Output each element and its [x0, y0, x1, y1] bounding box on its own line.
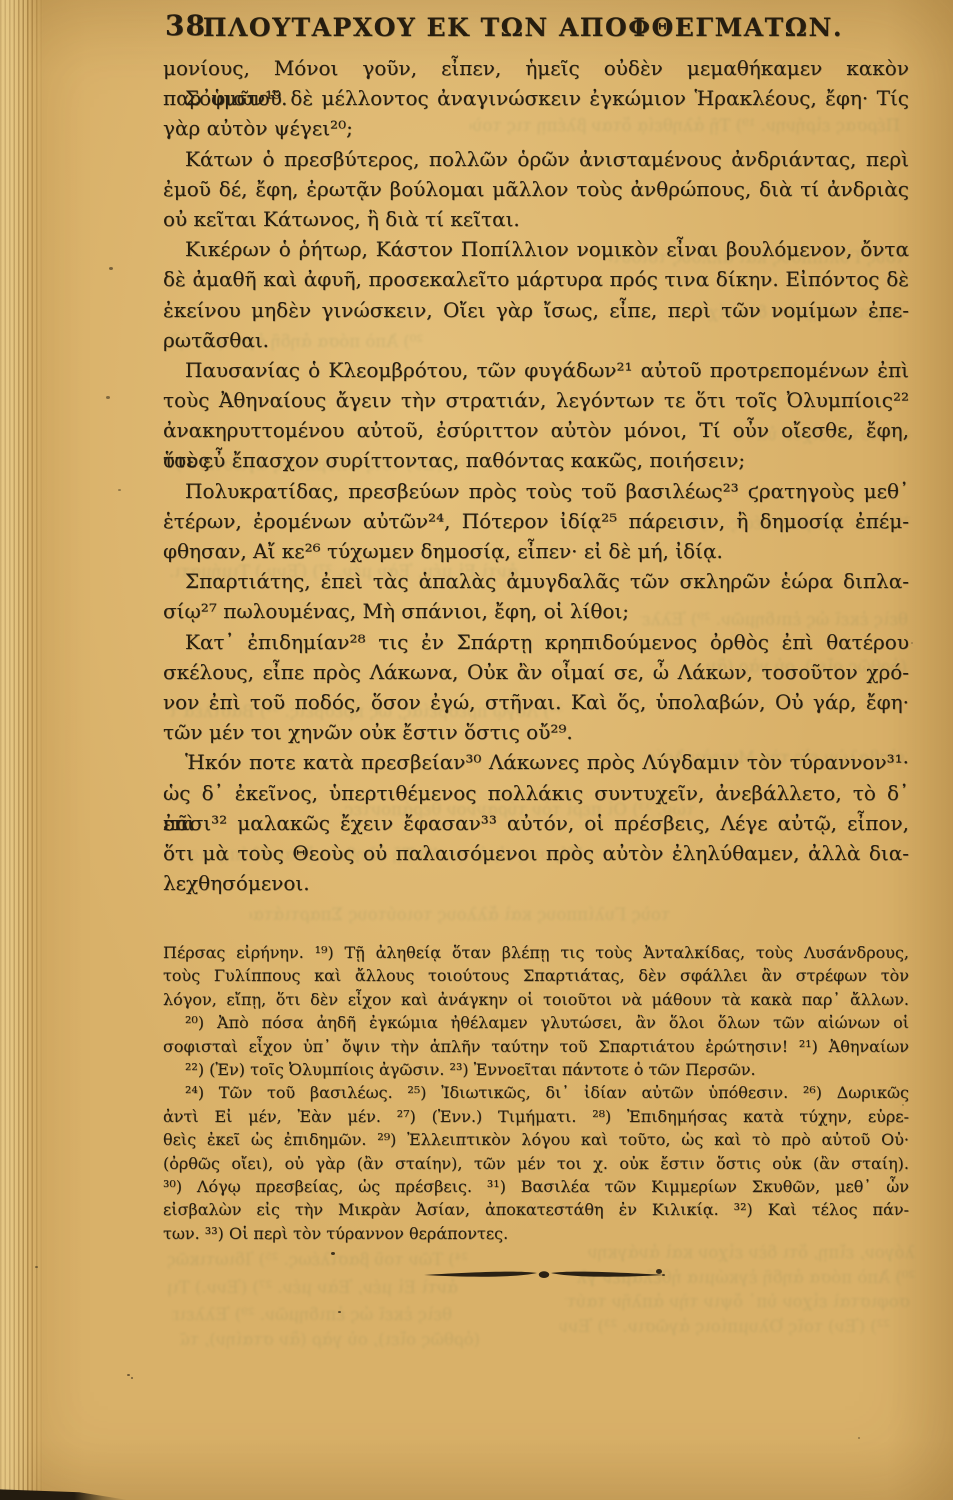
bleedthrough-text: σοφισταὶ εἶχον ὑπ᾽ ὄψιν τὴν ἁπλῆν ταύτην… [565, 1292, 910, 1311]
body-text-line: φθησαν, Αἴ κε²⁶ τύχωμεν δημοσίᾳ, εἶπεν· … [163, 536, 909, 566]
body-text-line: ὅτι μὰ τοὺς Θεοὺς οὐ παλαισόμενοι πρὸς α… [163, 838, 909, 868]
footnote-line: ²⁰) Ἀπὸ πόσα ἀηδῆ ἐγκώμια ἠθέλαμεν γλυτώ… [163, 1011, 909, 1034]
body-text-line: σκέλους, εἶπε πρὸς Λάκωνα, Οὐκ ἂν οἶμαί … [163, 657, 909, 687]
body-text-line: ἐκείνου μηδὲν γινώσκειν, Οἴει γὰρ ἴσως, … [163, 295, 909, 325]
body-text-line: τοὺς Ἀθηναίους ἄγειν τὴν στρατιάν, λεγόν… [163, 385, 909, 415]
ink-speck [902, 1104, 904, 1106]
bleedthrough-text: τοὺς Γυλίππους καὶ ἄλλους τοιούτους Σπαρ… [250, 905, 670, 924]
ink-speck [662, 1274, 665, 1276]
ink-speck [106, 396, 110, 399]
ink-speck [127, 1374, 130, 1376]
body-text-line: Σοφιστοῦ δὲ μέλλοντος ἀναγινώσκειν ἐγκώμ… [163, 83, 909, 113]
body-text-line: ἑτέρων, ἐρομένων αὐτῶν²⁴, Πότερον ἰδίᾳ²⁵… [163, 506, 909, 536]
book-binding-edge [0, 0, 44, 1500]
ink-speck [131, 1377, 133, 1379]
body-text-line: Κάτων ὁ πρεσβύτερος, πολλῶν ὁρῶν ἀνισταμ… [163, 144, 909, 174]
ink-speck [656, 1269, 662, 1274]
body-text-line: μονίους, Μόνοι γοῦν, εἶπεν, ἡμεῖς οὐδὲν … [163, 53, 909, 83]
body-text-line: Παυσανίας ὁ Κλεομβρότου, τῶν φυγάδων²¹ α… [163, 355, 909, 385]
body-text-line: ὡς δ᾽ ἐκεῖνος, ὑπερτιθέμενος πολλάκις συ… [163, 778, 909, 808]
bleedthrough-text: λόγον, εἴπῃ, ὅτι δὲν εἶχον καὶ ἀνάγκην ο… [585, 1243, 915, 1262]
footnote-line: ³⁰) Λόγῳ πρεσβείας, ὡς πρέσβεις. ³¹) Βασ… [163, 1175, 909, 1198]
ink-speck [109, 267, 113, 270]
footnote-line: ἀντὶ Εἰ μέν, Ἐὰν μέν. ²⁷) (Ἐνν.) Τιμήματ… [163, 1105, 909, 1128]
bleedthrough-text: θεὶς ἐκεῖ ὡς ἐπιδημῶν. ²⁹) Ἐλλειπτικὸν λ… [172, 1305, 452, 1324]
ink-speck [35, 1266, 38, 1268]
body-text-line: Σπαρτιάτης, ἐπεὶ τὰς ἁπαλὰς ἀμυγδαλᾶς τῶ… [163, 566, 909, 596]
main-text-block: μονίους, Μόνοι γοῦν, εἶπεν, ἡμεῖς οὐδὲν … [163, 53, 909, 898]
footnote-line: λόγον, εἴπῃ, ὅτι δὲν εἶχον καὶ ἀνάγκην ο… [163, 988, 909, 1011]
bleedthrough-text: ²⁴) Τῶν τοῦ βασιλέως. ²⁵) Ἰδιωτικῶς, δι᾽… [168, 1250, 468, 1269]
body-text-line: ὅτε εὖ ἔπασχον συρίττοντας, παθόντας κακ… [163, 445, 909, 475]
footnote-line: (ὀρθῶς οἴει), οὐ γὰρ (ἂν σταίην), τῶν μέ… [163, 1152, 909, 1175]
body-text-line: οὐ κεῖται Κάτωνος, ἢ διὰ τί κεῖται. [163, 204, 909, 234]
body-text-line: δὲ ἀμαθῆ καὶ ἀφυῆ, προσεκαλεῖτο μάρτυρα … [163, 264, 909, 294]
body-text-line: Ἡκόν ποτε κατὰ πρεσβείαν³⁰ Λάκωνες πρὸς … [163, 747, 909, 777]
body-text-line: λεχθησόμενοι. [163, 868, 909, 898]
running-header: ΠΛΟΥΤΑΡΧΟΥ ΕΚ ΤΩΝ ΑΠΟΦΘΕΓΜΑΤΩΝ. [150, 13, 896, 42]
body-text-line: πᾶσι³² μαλακῶς ἔχειν ἔφασαν³³ αὐτόν, οἱ … [163, 808, 909, 838]
ink-speck [338, 1311, 341, 1313]
ink-speck [331, 1252, 335, 1255]
body-text-line: νον ἐπὶ τοῦ ποδός, ὅσον ἐγώ, στῆναι. Καὶ… [163, 687, 909, 717]
body-text-line: ἀνακηρυττομένου αὐτοῦ, ἐσύριττον αὐτὸν μ… [163, 415, 909, 445]
bleedthrough-text: ²²) (Ἐν) τοῖς Ὀλυμπίοις ἀγῶσιν. ²³) Ἐννο… [560, 1317, 890, 1336]
footnote-line: θεὶς ἐκεῖ ὡς ἐπιδημῶν. ²⁹) Ἐλλειπτικὸν λ… [163, 1128, 909, 1151]
footnote-line: ²⁴) Τῶν τοῦ βασιλέως. ²⁵) Ἰδιωτικῶς, δι᾽… [163, 1081, 909, 1104]
ink-speck [858, 1437, 860, 1439]
footnote-line: σοφισταὶ εἶχον ὑπ᾽ ὄψιν τὴν ἁπλῆν ταύτην… [163, 1035, 909, 1058]
bleedthrough-text: (ὀρθῶς οἴει), οὐ γὰρ (ἂν σταίην), τῶν μέ… [180, 1330, 480, 1349]
body-text-line: ἐμοῦ δέ, ἔφη, ἐρωτᾷν βούλομαι μᾶλλον τοὺ… [163, 174, 909, 204]
body-text-line: τῶν μέν τοι χηνῶν οὐκ ἔστιν ὅστις οὔ²⁹. [163, 717, 909, 747]
ink-speck [845, 306, 847, 308]
body-text-line: γὰρ αὐτὸν ψέγει²⁰; [163, 113, 909, 143]
body-text-line: Κικέρων ὁ ῥήτωρ, Κάστον Ποπίλλιον νομικὸ… [163, 234, 909, 264]
footnote-line: τοὺς Γυλίππους καὶ ἄλλους τοιούτους Σπαρ… [163, 964, 909, 987]
body-text-line: Κατ᾽ ἐπιδημίαν²⁸ τις ἐν Σπάρτῃ κρηπιδούμ… [163, 627, 909, 657]
footnote-line: ²²) (Ἐν) τοῖς Ὀλυμπίοις ἀγῶσιν. ²³) Ἐννο… [163, 1058, 909, 1081]
ink-speck [911, 642, 913, 644]
footnote-line: Πέρσας εἰρήνην. ¹⁹) Τῇ ἀληθείᾳ ὅταν βλέπ… [163, 941, 909, 964]
ink-speck [118, 489, 121, 491]
scanned-book-page: Πέρσας εἰρήνην. ¹⁹) Τῇ ἀληθείᾳ ὅταν βλέπ… [0, 0, 953, 1500]
body-text-line: σίῳ²⁷ πωλουμένας, Μὴ σπάνιοι, ἔφη, οἱ λί… [163, 596, 909, 626]
body-text-line: ρωτᾶσθαι. [163, 325, 909, 355]
footnote-line: των. ³³) Οἱ περὶ τὸν τύραννον θεράποντες… [163, 1222, 909, 1245]
bleedthrough-text: ἀντὶ Εἰ μέν, Ἐὰν μέν. ²⁷) (Ἐνν.) Τιμήματ… [168, 1278, 458, 1297]
body-text-line: Πολυκρατίδας, πρεσβεύων πρὸς τοὺς τοῦ βα… [163, 476, 909, 506]
footnote-line: εἰσβαλὼν εἰς τὴν Μικρὰν Ἀσίαν, ἀποκατεστ… [163, 1198, 909, 1221]
section-divider-ornament [424, 1266, 664, 1284]
footnotes-block: Πέρσας εἰρήνην. ¹⁹) Τῇ ἀληθείᾳ ὅταν βλέπ… [163, 941, 909, 1245]
